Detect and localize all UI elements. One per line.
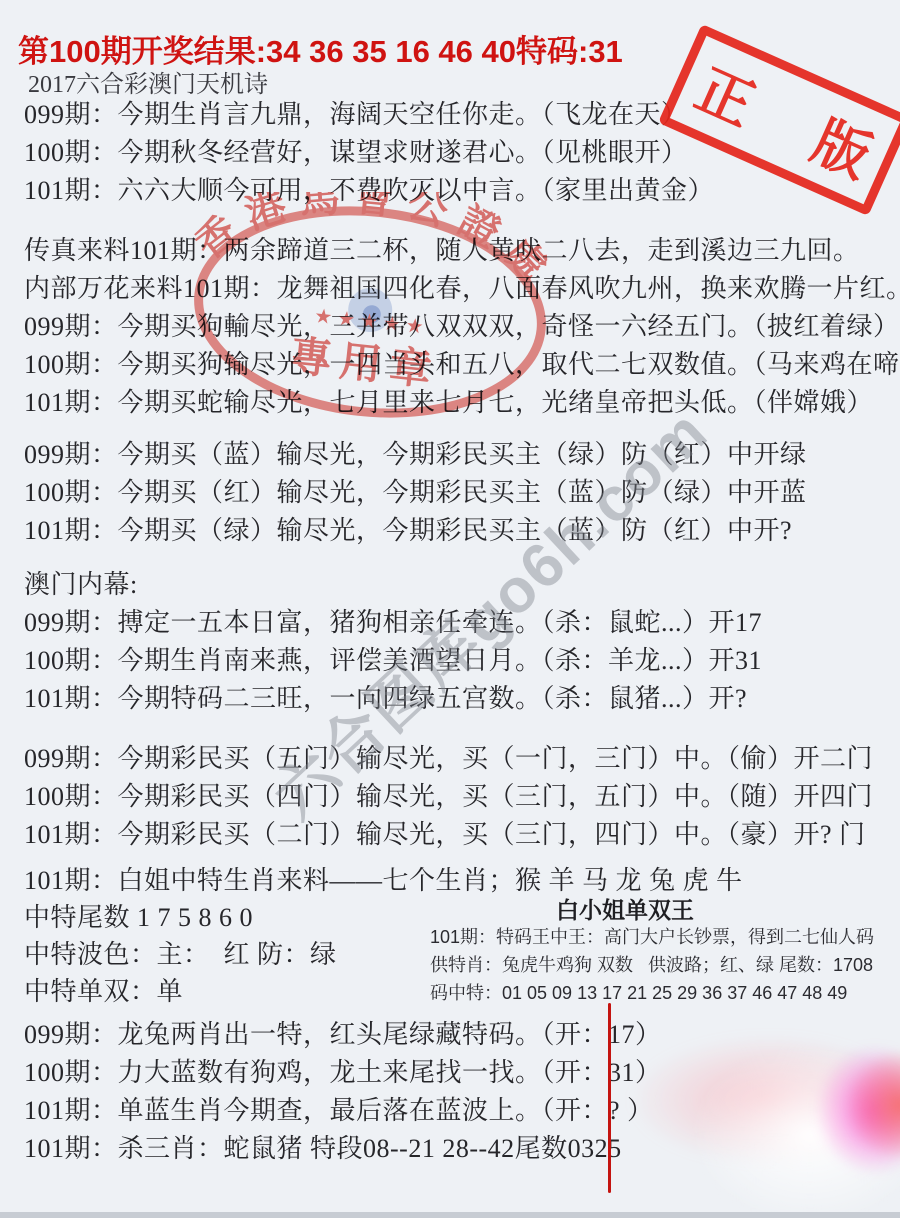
salmon-blur bbox=[845, 1050, 900, 1160]
lottery-sheet: 第100期开奖结果:34 36 35 16 46 40特码:31 2017六合彩… bbox=[0, 0, 900, 1218]
door-line: 099期：今期彩民买（五门）输尽光，买（一门，三门）中。（偷）开二门 bbox=[24, 744, 873, 774]
baixiaojie-heading: 白小姐单双王 bbox=[556, 892, 694, 925]
baixiaojie-line: 供特肖：兔虎牛鸡狗 双数 供波路；红、绿 尾数：1708 bbox=[430, 954, 873, 976]
bottom-line: 101期：单蓝生肖今期查，最后落在蓝波上。（开：? ） bbox=[24, 1096, 654, 1126]
bottom-edge-band bbox=[0, 1212, 900, 1218]
neimu-line: 099期：搏定一五本日富，猪狗相亲任牵连。（杀：鼠蛇...）开17 bbox=[24, 608, 762, 638]
door-line: 101期：今期彩民买（二门）输尽光，买（三门，四门）中。（豪）开? 门 bbox=[24, 820, 866, 850]
baixiaojie-line: 101期：特码王中王：高门大户长钞票，得到二七仙人码 bbox=[430, 926, 874, 948]
bottom-line: 101期：杀三肖：蛇鼠猪 特段08--21 28--42尾数0325 bbox=[24, 1134, 622, 1164]
neimu-line: 100期：今期生肖南来燕，评偿美酒望日月。（杀：羊龙...）开31 bbox=[24, 646, 762, 676]
door-line: 100期：今期彩民买（四门）输尽光，买（三门，五门）中。（随）开四门 bbox=[24, 782, 873, 812]
poem-line: 100期：今期秋冬经营好，谋望求财遂君心。（见桃眼开） bbox=[24, 138, 688, 168]
red-divider-line bbox=[608, 1003, 611, 1193]
fax-line: 传真来料101期：两余蹄道三二杯，随人黄吠二八去，走到溪边三九回。 bbox=[24, 236, 860, 266]
poem-line: 101期：六六大顺今可用，不费吹灭以中言。（家里出黄金） bbox=[24, 176, 714, 206]
stat-line: 中特尾数 1 7 5 8 6 0 bbox=[24, 903, 253, 933]
dog-line: 100期：今期买狗输尽光，一四当头和五八，取代二七双数值。（马来鸡在啼） bbox=[24, 350, 900, 380]
dog-line: 101期：今期买蛇输尽光，七月里来七月七，光绪皇帝把头低。（伴嫦娥） bbox=[24, 388, 873, 418]
fax-line: 内部万花来料101期：龙舞祖国四化春，八面春风吹九州，换来欢腾一片红。 bbox=[24, 274, 900, 304]
baixiaojie-line: 码中特：01 05 09 13 17 21 25 29 36 37 46 47 … bbox=[430, 982, 847, 1004]
poem-title: 2017六合彩澳门天机诗 bbox=[28, 64, 268, 99]
bottom-line: 100期：力大蓝数有狗鸡，龙土来尾找一找。（开：31） bbox=[24, 1058, 662, 1088]
white-glow-blur bbox=[690, 1045, 900, 1218]
stat-line: 中特波色：主： 红 防：绿 bbox=[24, 940, 337, 970]
magenta-blur bbox=[815, 1045, 900, 1175]
neimu-line: 101期：今期特码二三旺，一向四绿五宫数。（杀：鼠猪...）开? bbox=[24, 684, 747, 714]
poem-line: 099期：今期生肖言九鼎，海阔天空任你走。（飞龙在天） bbox=[24, 100, 688, 130]
color-bet-line: 101期：今期买（绿）输尽光，今期彩民买主（蓝）防（红）中开? bbox=[24, 516, 792, 546]
color-bet-line: 099期：今期买（蓝）输尽光，今期彩民买主（绿）防（红）中开绿 bbox=[24, 440, 807, 470]
pink-blur bbox=[630, 1035, 900, 1165]
neimu-heading: 澳门内幕: bbox=[24, 570, 138, 600]
stat-line: 中特单双：单 bbox=[24, 977, 183, 1007]
dog-line: 099期：今期买狗輸尽光，三并带八双双双，奇怪一六经五门。（披红着绿） bbox=[24, 312, 900, 342]
bottom-line: 099期：龙兔两肖出一特，红头尾绿藏特码。（开：17） bbox=[24, 1020, 662, 1050]
color-bet-line: 100期：今期买（红）输尽光，今期彩民买主（蓝）防（绿）中开蓝 bbox=[24, 478, 807, 508]
